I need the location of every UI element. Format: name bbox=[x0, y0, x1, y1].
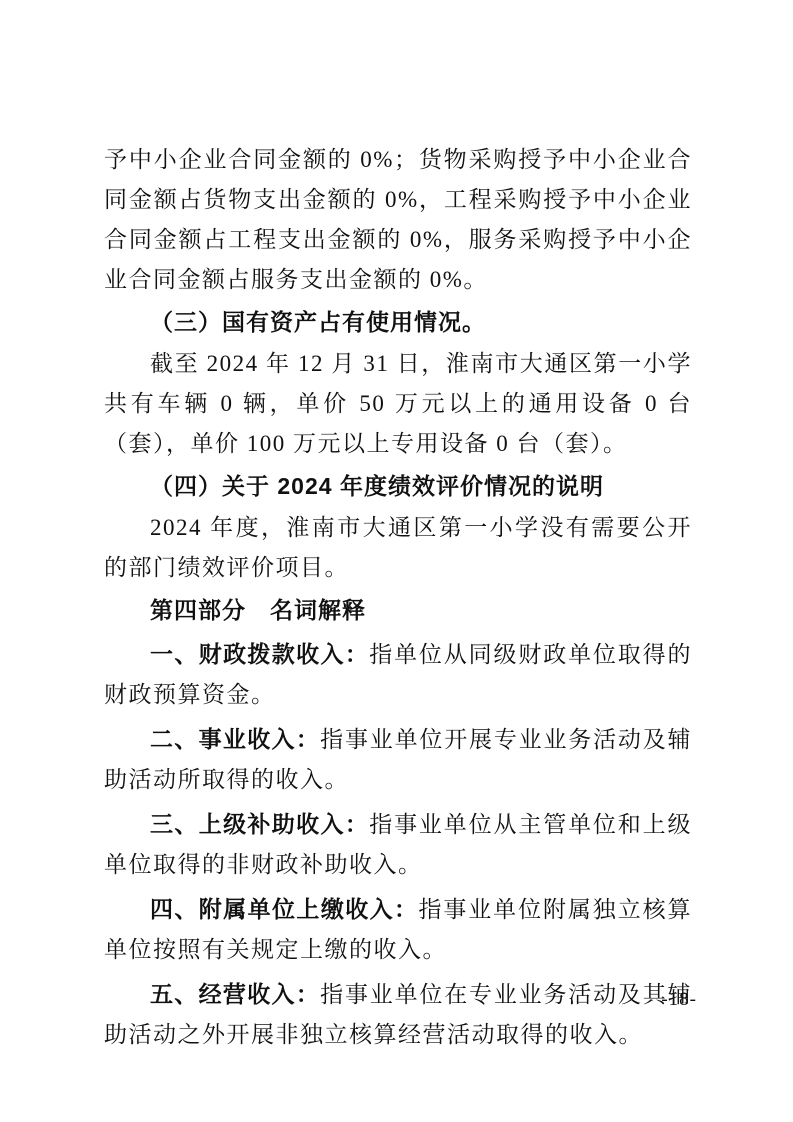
term-definition: 一、财政拨款收入：指单位从同级财政单位取得的财政预算资金。 bbox=[104, 634, 692, 715]
term-definition: 四、附属单位上缴收入：指事业单位附属独立核算单位按照有关规定上缴的收入。 bbox=[104, 889, 692, 970]
body-text: 截至 2024 年 12 月 31 日，淮南市大通区第一小学共有车辆 0 辆，单… bbox=[104, 351, 692, 456]
bold-text: 第四部分 名词解释 bbox=[150, 597, 366, 623]
section-heading: 第四部分 名词解释 bbox=[104, 590, 692, 630]
bold-text: 二、事业收入： bbox=[150, 726, 320, 752]
document-page: 予中小企业合同金额的 0%；货物采购授予中小企业合同金额占货物支出金额的 0%，… bbox=[0, 0, 793, 1122]
document-body: 予中小企业合同金额的 0%；货物采购授予中小企业合同金额占货物支出金额的 0%，… bbox=[104, 140, 692, 1057]
paragraph: 2024 年度，淮南市大通区第一小学没有需要公开的部门绩效评价项目。 bbox=[104, 508, 692, 588]
bold-text: 一、财政拨款收入： bbox=[150, 641, 369, 667]
section-heading: （四）关于 2024 年度绩效评价情况的说明 bbox=[104, 466, 692, 506]
term-definition: 二、事业收入：指事业单位开展专业业务活动及辅助活动所取得的收入。 bbox=[104, 719, 692, 800]
body-text: 予中小企业合同金额的 0%；货物采购授予中小企业合同金额占货物支出金额的 0%，… bbox=[104, 147, 692, 292]
section-heading: （三）国有资产占有使用情况。 bbox=[104, 302, 692, 342]
bold-text: （三）国有资产占有使用情况。 bbox=[150, 309, 486, 335]
body-text: 2024 年度，淮南市大通区第一小学没有需要公开的部门绩效评价项目。 bbox=[104, 515, 692, 580]
page-number: -18- bbox=[661, 988, 697, 1012]
bold-text: 四、附属单位上缴收入： bbox=[150, 896, 418, 922]
term-definition: 五、经营收入：指事业单位在专业业务活动及其辅助活动之外开展非独立核算经营活动取得… bbox=[104, 974, 692, 1055]
bold-text: （四）关于 2024 年度绩效评价情况的说明 bbox=[150, 473, 604, 499]
paragraph: 予中小企业合同金额的 0%；货物采购授予中小企业合同金额占货物支出金额的 0%，… bbox=[104, 140, 692, 300]
bold-text: 三、上级补助收入： bbox=[150, 811, 369, 837]
paragraph: 截至 2024 年 12 月 31 日，淮南市大通区第一小学共有车辆 0 辆，单… bbox=[104, 344, 692, 464]
bold-text: 五、经营收入： bbox=[150, 981, 320, 1007]
term-definition: 三、上级补助收入：指事业单位从主管单位和上级单位取得的非财政补助收入。 bbox=[104, 804, 692, 885]
